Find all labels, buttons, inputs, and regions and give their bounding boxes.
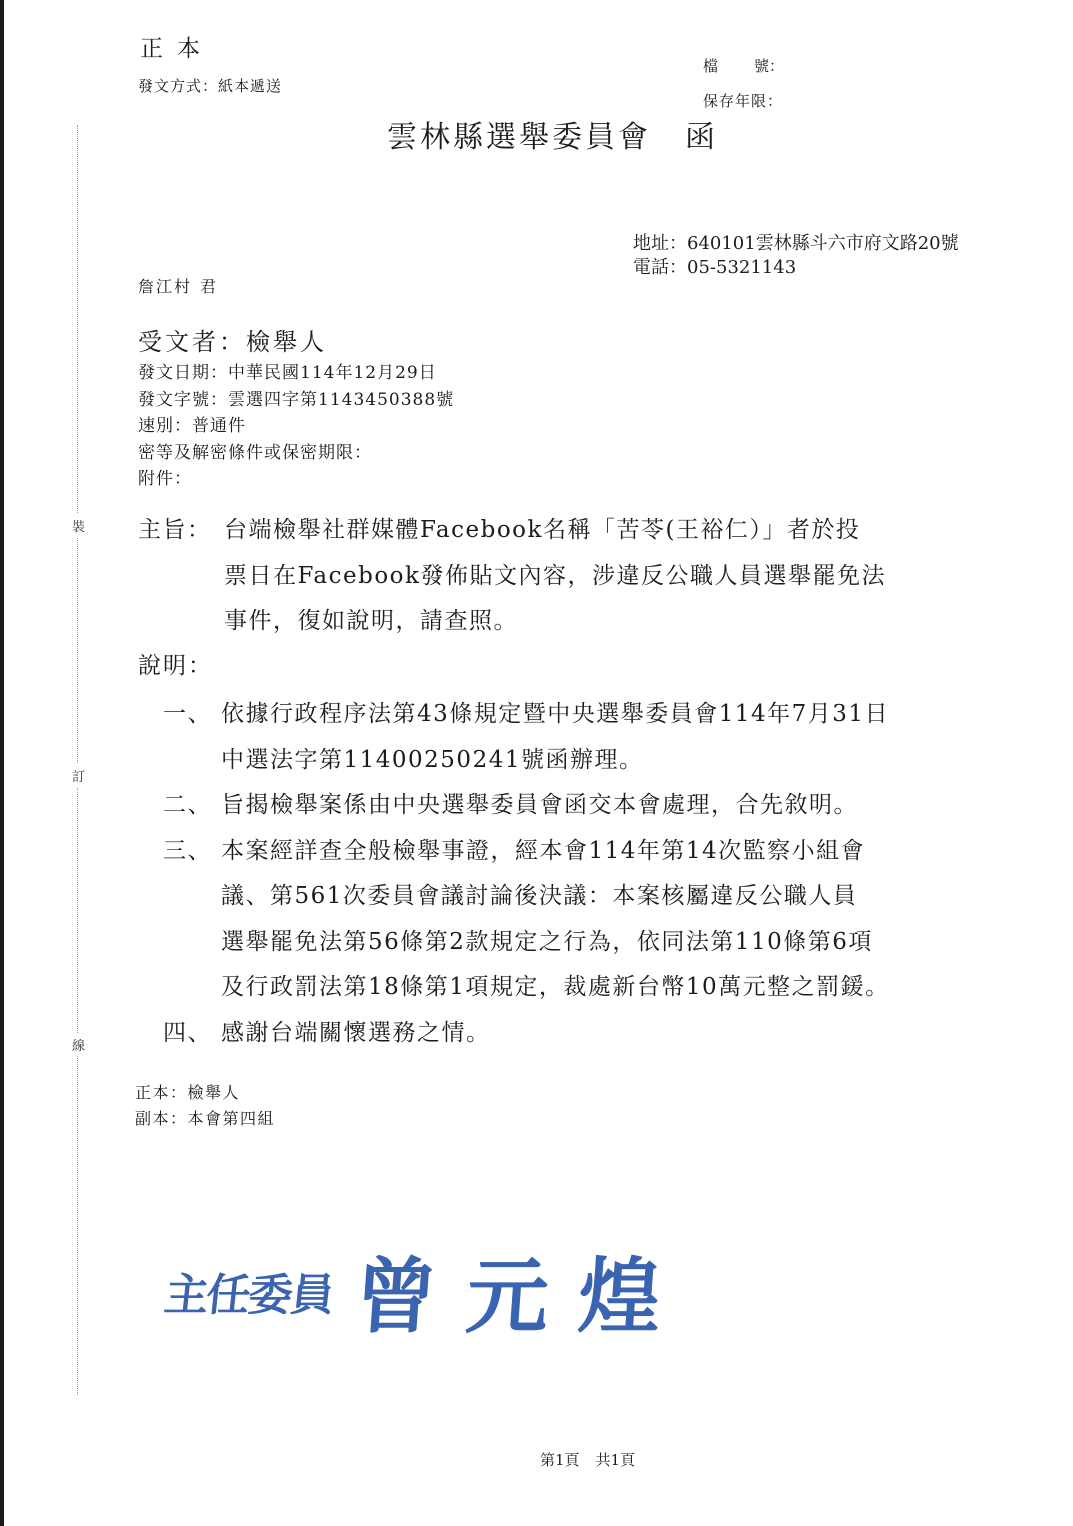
reference-label: 發文字號： xyxy=(138,390,228,410)
send-method-label: 發文方式： xyxy=(138,77,218,95)
binding-mark-ding: 訂 xyxy=(72,764,85,787)
recipient-name: 詹江村 xyxy=(138,277,192,296)
subject-line-2: 票日在Facebook發佈貼文內容，涉違反公職人員選舉罷免法 xyxy=(138,554,998,600)
item-number: 二、 xyxy=(163,783,221,829)
phone-line: 電話：05-5321143 xyxy=(633,256,959,280)
item-text: 依據行政程序法第43條規定暨中央選舉委員會114年7月31日 xyxy=(221,701,889,727)
delivery-speed: 速別：普通件 xyxy=(138,413,454,440)
secrecy-label: 密等及解密條件或保密期限： xyxy=(138,443,372,463)
phone-label: 電話： xyxy=(633,257,687,278)
document-title: 雲林縣選舉委員會函 xyxy=(387,112,718,156)
receiver-value: 檢舉人 xyxy=(246,328,327,356)
binding-mark-xian: 線 xyxy=(72,1033,85,1056)
item-number: 三、 xyxy=(163,829,221,875)
item-text: 中選法字第11400250241號函辦理。 xyxy=(163,738,1003,784)
phone-value: 05-5321143 xyxy=(687,257,796,278)
doc-type: 函 xyxy=(685,120,718,155)
item-number: 一、 xyxy=(163,692,221,738)
file-number-label-2: 號： xyxy=(754,57,784,75)
file-number: 檔號： xyxy=(703,55,784,76)
signatory-name: 曾元煌 xyxy=(351,1232,695,1349)
original-value: 檢舉人 xyxy=(188,1083,241,1102)
attachment-label: 附件： xyxy=(138,469,192,489)
copy-value: 本會第四組 xyxy=(188,1109,276,1128)
page-current: 第1頁 xyxy=(540,1451,580,1469)
file-number-label-1: 檔 xyxy=(703,57,754,75)
item-text: 旨揭檢舉案係由中央選舉委員會函交本會處理，合先敘明。 xyxy=(221,792,858,818)
copy-recipient: 副本：本會第四組 xyxy=(135,1106,275,1132)
original-label: 正本： xyxy=(135,1083,188,1102)
receiver-label: 受文者： xyxy=(138,328,246,356)
send-method-value: 紙本遞送 xyxy=(218,77,282,95)
subject-line-1: 主旨：台端檢舉社群媒體Facebook名稱「苦苓(王裕仁）」者於投 xyxy=(138,508,998,554)
speed-label: 速別： xyxy=(138,416,192,436)
subject-text-1: 台端檢舉社群媒體Facebook名稱「苦苓(王裕仁）」者於投 xyxy=(224,517,860,543)
speed-value: 普通件 xyxy=(192,416,246,436)
binding-mark-zhuang: 裝 xyxy=(72,514,85,537)
address-label: 地址： xyxy=(633,233,687,254)
contact-block: 地址：640101雲林縣斗六市府文路20號 電話：05-5321143 xyxy=(633,232,959,280)
item-text: 選舉罷免法第56條第2款規定之行為，依同法第110條第6項 xyxy=(163,920,1003,966)
reference-value: 雲選四字第1143450388號 xyxy=(228,390,454,410)
subject-line-3: 事件，復如說明，請查照。 xyxy=(138,599,998,645)
address-value: 640101雲林縣斗六市府文路20號 xyxy=(687,233,959,254)
document-meta: 發文日期：中華民國114年12月29日 發文字號：雲選四字第1143450388… xyxy=(138,360,454,493)
explanation-item-1: 一、依據行政程序法第43條規定暨中央選舉委員會114年7月31日 中選法字第11… xyxy=(163,692,1003,783)
item-text: 感謝台端關懷選務之情。 xyxy=(221,1020,491,1046)
secrecy-level: 密等及解密條件或保密期限： xyxy=(138,440,454,467)
retention-period: 保存年限： xyxy=(703,90,783,111)
item-text: 及行政罰法第18條第1項規定，裁處新台幣10萬元整之罰鍰。 xyxy=(163,965,1003,1011)
explanation-items: 一、依據行政程序法第43條規定暨中央選舉委員會114年7月31日 中選法字第11… xyxy=(163,692,1003,1056)
explanation-item-3: 三、本案經詳查全般檢舉事證，經本會114年第14次監察小組會 議、第561次委員… xyxy=(163,829,1003,1011)
attachments: 附件： xyxy=(138,466,454,493)
item-number: 四、 xyxy=(163,1011,221,1057)
original-recipient: 正本：檢舉人 xyxy=(135,1080,275,1106)
address-line: 地址：640101雲林縣斗六市府文路20號 xyxy=(633,232,959,256)
scan-left-edge xyxy=(0,0,4,1526)
issue-date-label: 發文日期： xyxy=(138,363,228,383)
explanation-item-2: 二、旨揭檢舉案係由中央選舉委員會函交本會處理，合先敘明。 xyxy=(163,783,1003,829)
reference-number: 發文字號：雲選四字第1143450388號 xyxy=(138,387,454,414)
page-total: 共1頁 xyxy=(596,1451,636,1469)
recipient-suffix: 君 xyxy=(200,277,218,296)
org-name: 雲林縣選舉委員會 xyxy=(387,120,651,155)
subject-section: 主旨：台端檢舉社群媒體Facebook名稱「苦苓(王裕仁）」者於投 票日在Fac… xyxy=(138,508,998,645)
copy-label: 副本： xyxy=(135,1109,188,1128)
distribution-list: 正本：檢舉人 副本：本會第四組 xyxy=(135,1080,275,1132)
subject-label: 主旨： xyxy=(138,508,224,554)
item-text: 本案經詳查全般檢舉事證，經本會114年第14次監察小組會 xyxy=(221,838,865,864)
binding-dotted-line xyxy=(77,125,78,1395)
send-method: 發文方式：紙本遞送 xyxy=(138,75,282,96)
issue-date: 發文日期：中華民國114年12月29日 xyxy=(138,360,454,387)
item-text: 議、第561次委員會議討論後決議：本案核屬違反公職人員 xyxy=(163,874,1003,920)
page-number: 第1頁共1頁 xyxy=(540,1449,635,1470)
signatory-title: 主任委員 xyxy=(162,1259,337,1323)
explanation-item-4: 四、感謝台端關懷選務之情。 xyxy=(163,1011,1003,1057)
receiver-line: 受文者：檢舉人 xyxy=(138,322,327,357)
explanation-label: 說明： xyxy=(138,647,213,680)
issue-date-value: 中華民國114年12月29日 xyxy=(228,363,437,383)
copy-type: 正本 xyxy=(140,30,214,63)
recipient: 詹江村君 xyxy=(138,274,218,297)
signature-stamp: 主任委員曾元煌 xyxy=(165,1232,691,1349)
